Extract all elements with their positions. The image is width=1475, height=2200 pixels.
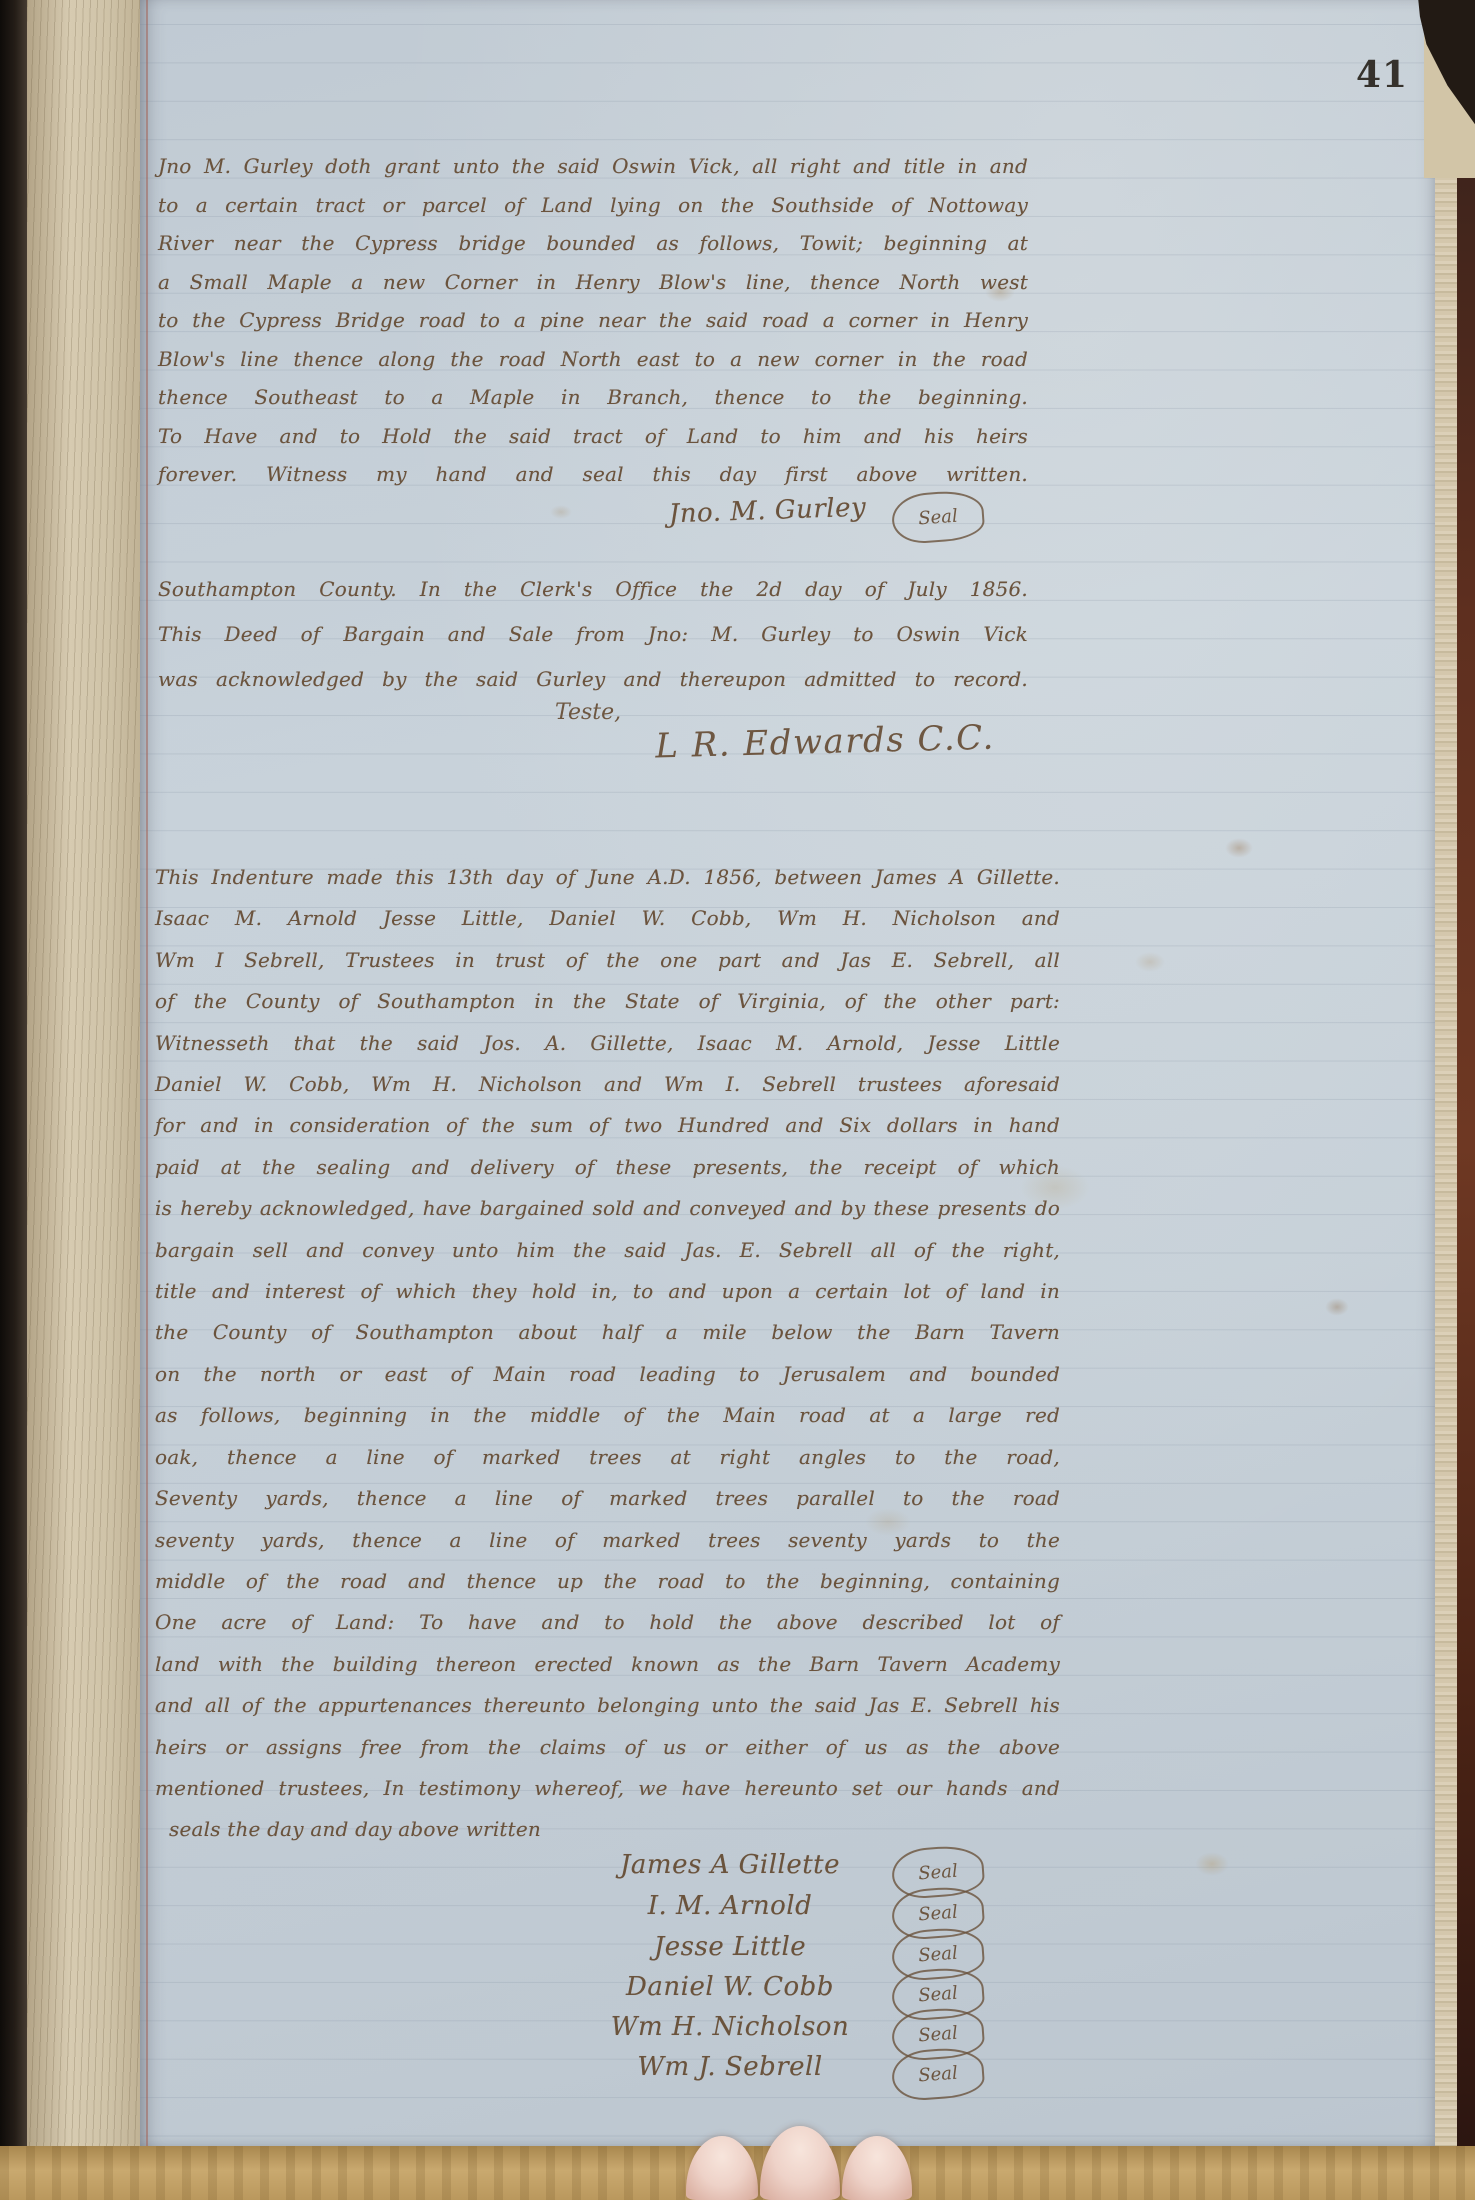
seal-label: Seal — [918, 1982, 959, 2006]
signature-name: James A Gillette — [620, 1850, 840, 1880]
book-binding-edge — [0, 0, 27, 2200]
handwritten-text-line: for and in consideration of the sum of t… — [155, 1105, 1060, 1146]
deed-book-page: 41 Jno M. Gurley doth grant unto the sai… — [140, 0, 1437, 2150]
deed-body: Jno M. Gurley doth grant unto the said O… — [158, 147, 1028, 494]
paper-stain — [1135, 952, 1165, 972]
signature-row: Daniel W. Cobb — [570, 1972, 890, 2012]
handwritten-text-line: on the north or east of Main road leadin… — [155, 1354, 1060, 1395]
seal-label: Seal — [918, 1901, 959, 1925]
handwritten-text-line: Seventy yards, thence a line of marked t… — [155, 1478, 1060, 1519]
handwritten-text-line: title and interest of which they hold in… — [155, 1271, 1060, 1312]
handwritten-text-line: a Small Maple a new Corner in Henry Blow… — [158, 263, 1028, 302]
indenture-body: This Indenture made this 13th day of Jun… — [155, 857, 1060, 1851]
handwritten-text-line: bargain sell and convey unto him the sai… — [155, 1230, 1060, 1271]
handwritten-text-line: the County of Southampton about half a m… — [155, 1312, 1060, 1353]
handwritten-text-line: seventy yards, thence a line of marked t… — [155, 1520, 1060, 1561]
handwritten-text-line: River near the Cypress bridge bounded as… — [158, 224, 1028, 263]
seal-label: Seal — [918, 1942, 959, 1966]
handwritten-text-line: and all of the appurtenances thereunto b… — [155, 1685, 1060, 1726]
handwritten-text-line: Isaac M. Arnold Jesse Little, Daniel W. … — [155, 898, 1060, 939]
book-cover-edge — [1457, 0, 1475, 2200]
signature-name: Jno. M. Gurley — [668, 493, 866, 530]
seal-label: Seal — [918, 2062, 959, 2086]
page-number: 41 — [1356, 54, 1408, 96]
handwritten-text-line: Wm I Sebrell, Trustees in trust of the o… — [155, 940, 1060, 981]
handwritten-text-line: seals the day and day above written — [155, 1809, 1060, 1850]
signature-row: I. M. Arnold — [570, 1891, 890, 1931]
handwritten-text-line: Jno M. Gurley doth grant unto the said O… — [158, 147, 1028, 186]
paper-stain — [550, 505, 572, 519]
signature-gurley: Jno. M. Gurley — [640, 491, 896, 531]
handwritten-text-line: paid at the sealing and delivery of thes… — [155, 1147, 1060, 1188]
handwritten-text-line: Southampton County. In the Clerk's Offic… — [158, 567, 1028, 612]
handwritten-text-line: To Have and to Hold the said tract of La… — [158, 417, 1028, 456]
photographed-deed-book: 41 Jno M. Gurley doth grant unto the sai… — [0, 0, 1475, 2200]
handwritten-text-line: Witnesseth that the said Jos. A. Gillett… — [155, 1023, 1060, 1064]
signature-row: Wm J. Sebrell — [570, 2052, 890, 2092]
handwritten-text-line: heirs or assigns free from the claims of… — [155, 1727, 1060, 1768]
seal-label: Seal — [918, 2022, 959, 2046]
signature-name: Jesse Little — [654, 1932, 806, 1962]
margin-rule — [146, 0, 148, 2150]
handwritten-text-line: middle of the road and thence up the roa… — [155, 1561, 1060, 1602]
attestation-word: Teste, — [555, 700, 621, 725]
handwritten-text-line: This Deed of Bargain and Sale from Jno: … — [158, 612, 1028, 657]
handwritten-text-line: Daniel W. Cobb, Wm H. Nicholson and Wm I… — [155, 1064, 1060, 1105]
handwritten-text-line: to a certain tract or parcel of Land lyi… — [158, 186, 1028, 225]
paper-stain — [1225, 838, 1253, 858]
handwritten-text-line: as follows, beginning in the middle of t… — [155, 1395, 1060, 1436]
paper-stain — [1325, 1298, 1349, 1316]
paper-stain — [1195, 1852, 1229, 1876]
seal-label: Seal — [918, 505, 959, 529]
handwritten-text-line: thence Southeast to a Maple in Branch, t… — [158, 378, 1028, 417]
handwritten-text-line: forever. Witness my hand and seal this d… — [158, 455, 1028, 494]
indenture-trustees-to-sebrell: This Indenture made this 13th day of Jun… — [155, 857, 1060, 1851]
handwritten-text-line: land with the building thereon erected k… — [155, 1644, 1060, 1685]
handwritten-text-line: is hereby acknowledged, have bargained s… — [155, 1188, 1060, 1229]
handwritten-text-line: Blow's line thence along the road North … — [158, 340, 1028, 379]
handwritten-text-line: One acre of Land: To have and to hold th… — [155, 1602, 1060, 1643]
signature-row: Wm H. Nicholson — [570, 2012, 890, 2052]
handwritten-text-line: was acknowledged by the said Gurley and … — [158, 657, 1028, 702]
handwritten-text-line: mentioned trustees, In testimony whereof… — [155, 1768, 1060, 1809]
left-page-edges — [27, 0, 140, 2200]
signature-row: Jesse Little — [570, 1932, 890, 1972]
signature-row: James A Gillette — [570, 1850, 890, 1890]
seal-gurley: Seal — [890, 489, 985, 545]
signature-name: I. M. Arnold — [648, 1891, 813, 1921]
signature-name: Daniel W. Cobb — [626, 1972, 834, 2002]
handwritten-text-line: of the County of Southampton in the Stat… — [155, 981, 1060, 1022]
handwritten-text-line: to the Cypress Bridge road to a pine nea… — [158, 301, 1028, 340]
clerk-body: Southampton County. In the Clerk's Offic… — [158, 567, 1028, 702]
handwritten-text-line: oak, thence a line of marked trees at ri… — [155, 1437, 1060, 1478]
signature-name: Wm H. Nicholson — [611, 2012, 849, 2042]
signature-clerk: L R. Edwards C.C. — [605, 716, 1046, 768]
seal-label: Seal — [918, 1860, 959, 1884]
clerk-certificate: Southampton County. In the Clerk's Offic… — [158, 567, 1028, 702]
handwritten-text-line: This Indenture made this 13th day of Jun… — [155, 857, 1060, 898]
signature-name: Wm J. Sebrell — [637, 2052, 822, 2082]
deed-record-gurley-to-vick: Jno M. Gurley doth grant unto the said O… — [158, 147, 1028, 494]
